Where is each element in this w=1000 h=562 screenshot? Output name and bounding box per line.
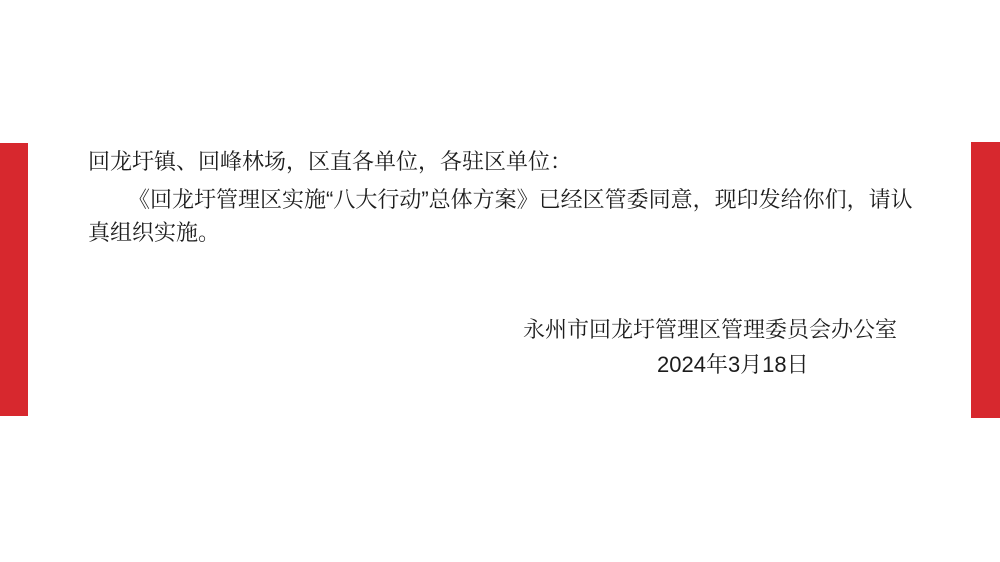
date-line: 2024年3月18日 (657, 352, 809, 378)
document-page: 回龙圩镇、回峰林场，区直各单位，各驻区单位： 《回龙圩管理区实施“八大行动”总体… (0, 0, 1000, 562)
left-red-bar (0, 143, 28, 416)
salutation-line: 回龙圩镇、回峰林场，区直各单位，各驻区单位： (88, 149, 572, 175)
body-text-line-2: 真组织实施。 (88, 220, 220, 246)
body-text-line-1: 《回龙圩管理区实施“八大行动”总体方案》已经区管委同意，现印发给你们，请认 (128, 187, 913, 213)
right-red-bar (971, 142, 1000, 418)
signature-line: 永州市回龙圩管理区管理委员会办公室 (523, 317, 897, 343)
